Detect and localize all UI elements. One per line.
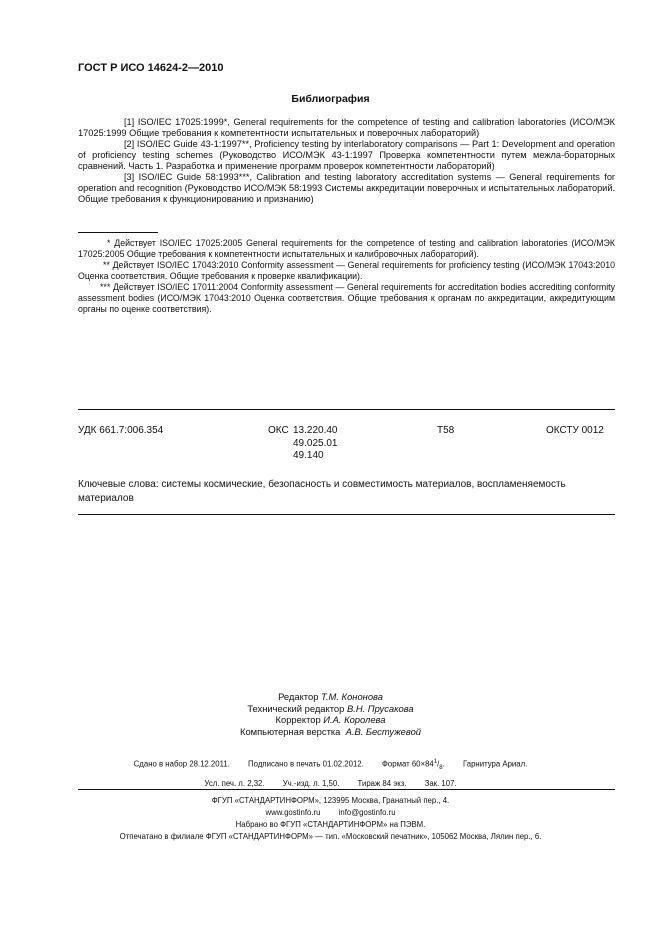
footnote-2-first: ** Действует ISO/IEC 17043:2010 Conformi…	[103, 260, 520, 270]
footnote-3: *** Действует ISO/IEC 17011:2004 Conform…	[78, 282, 615, 314]
print-info: Сдано в набор 28.12.2011. Подписано в пе…	[0, 755, 661, 791]
bibliography-entry-1: [1] ISO/IEC 17025:1999*, General require…	[78, 117, 615, 139]
footnote-1-first: * Действует ISO/IEC 17025:2005 General r…	[107, 238, 568, 248]
credit-editor: Редактор Т.М. Кононова	[0, 691, 661, 703]
bibliography-entry-2: [2] ISO/IEC Guide 43-1:1997**, Proficien…	[78, 139, 615, 172]
t-code: Т58	[437, 425, 454, 438]
publisher-address: ФГУП «СТАНДАРТИНФОРМ», 123995 Москва, Гр…	[0, 795, 661, 807]
publisher-printed: Отпечатано в филиале ФГУП «СТАНДАРТИНФОР…	[0, 831, 661, 843]
imprint-rule	[78, 789, 615, 790]
oks-code: 13.220.40	[293, 425, 338, 438]
publisher-block: ФГУП «СТАНДАРТИНФОРМ», 123995 Москва, Гр…	[0, 795, 661, 843]
footnote-2: ** Действует ISO/IEC 17043:2010 Conformi…	[78, 260, 615, 282]
entry-2-first: [2] ISO/IEC Guide 43-1:1997**, Proficien…	[124, 139, 574, 149]
classification-top-rule	[78, 409, 615, 410]
bibliography-title: Библиография	[0, 93, 661, 105]
keywords: Ключевые слова: системы космические, без…	[78, 478, 615, 505]
footnote-separator	[78, 232, 158, 233]
oks-code: 49.025.01	[293, 438, 338, 451]
publisher-typeset: Набрано во ФГУП «СТАНДАРТИНФОРМ» на ПЭВМ…	[0, 819, 661, 831]
credit-proofreader: Корректор И.А. Королева	[0, 714, 661, 726]
publisher-contacts: www.gostinfo.ru info@gostinfo.ru	[0, 807, 661, 819]
publisher-email[interactable]: info@gostinfo.ru	[339, 808, 396, 817]
print-info-line-1: Сдано в набор 28.12.2011. Подписано в пе…	[0, 755, 661, 776]
footnote-1: * Действует ISO/IEC 17025:2005 General r…	[78, 238, 615, 260]
udk-code: УДК 661.7:006.354	[78, 425, 163, 438]
bibliography-entry-3: [3] ISO/IEC Guide 58:1993***, Calibratio…	[78, 172, 615, 205]
oks-codes: 13.220.40 49.025.01 49.140	[293, 425, 338, 463]
credit-layout: Компьютерная верстка А.В. Бестужевой	[0, 726, 661, 738]
document-code: ГОСТ Р ИСО 14624-2—2010	[78, 62, 224, 74]
credit-tech-editor: Технический редактор В.Н. Прусакова	[0, 703, 661, 715]
entry-1-first: [1] ISO/IEC 17025:1999*, General require…	[124, 117, 566, 127]
credits-block: Редактор Т.М. Кононова Технический редак…	[0, 691, 661, 737]
footnote-3-first: *** Действует ISO/IEC 17011:2004 Conform…	[100, 282, 527, 292]
oks-label: ОКС	[268, 425, 289, 438]
publisher-website[interactable]: www.gostinfo.ru	[265, 808, 320, 817]
entry-3-first: [3] ISO/IEC Guide 58:1993***, Calibratio…	[124, 172, 600, 182]
oks-code: 49.140	[293, 450, 338, 463]
keywords-bottom-rule	[78, 514, 615, 515]
okstu-code: ОКСТУ 0012	[546, 425, 604, 438]
